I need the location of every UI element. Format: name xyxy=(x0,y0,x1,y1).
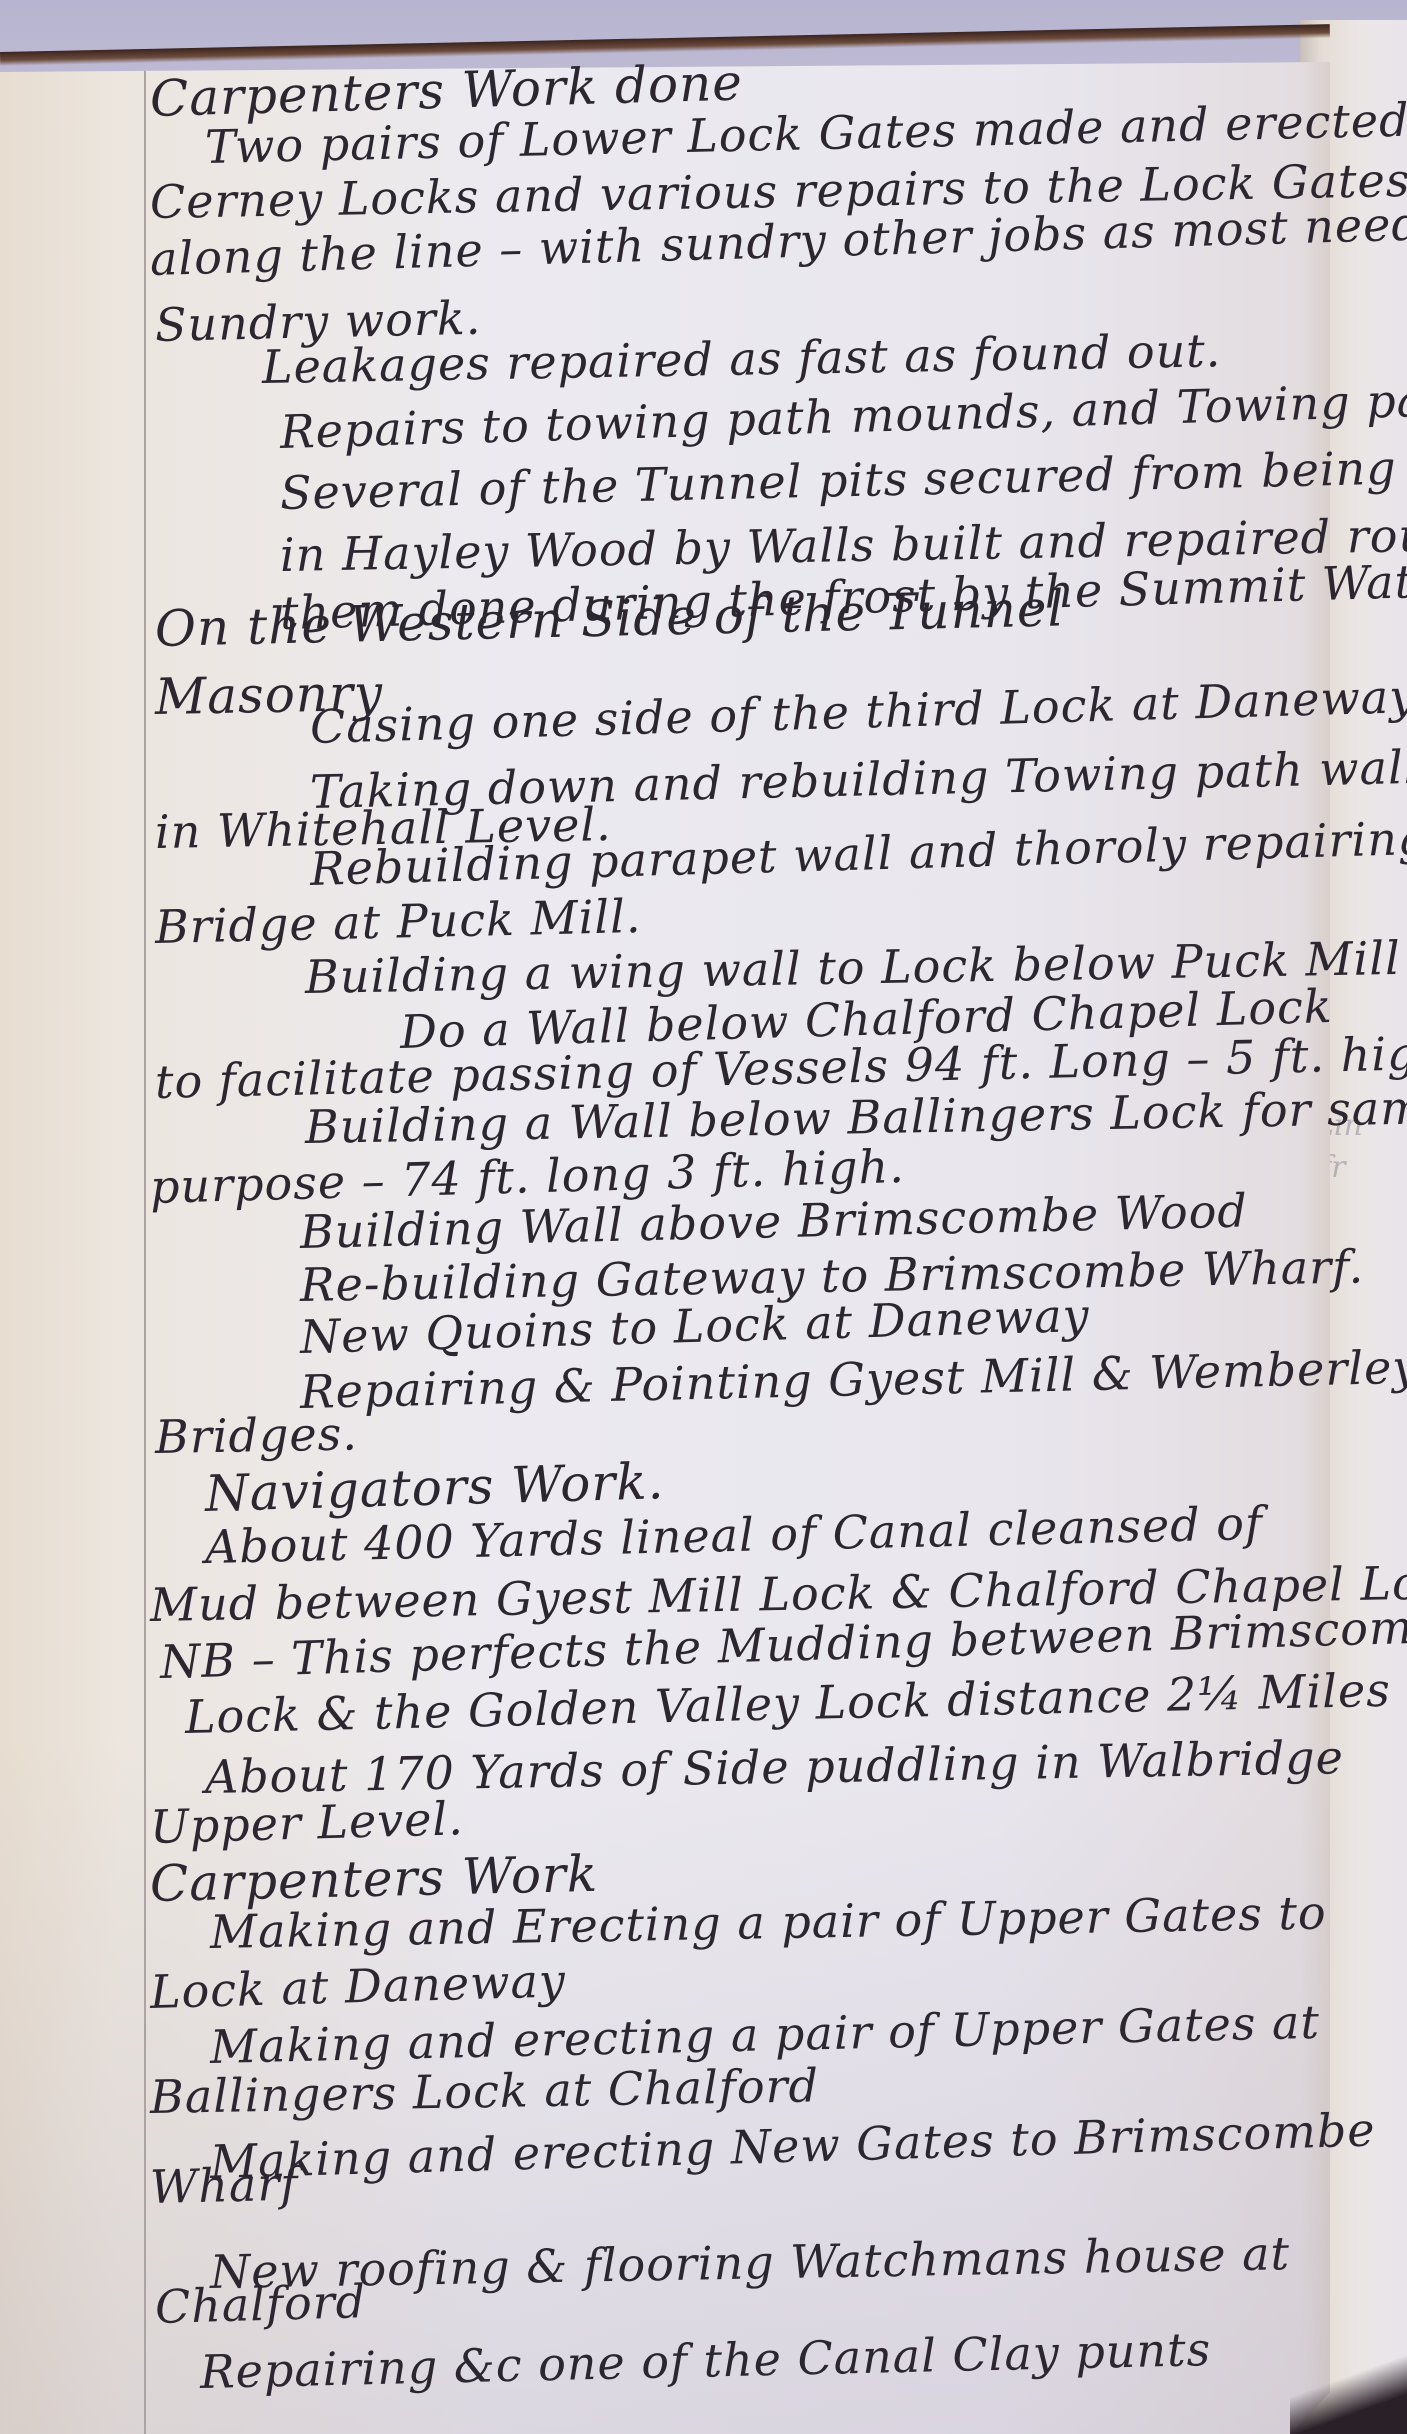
binding-shadow xyxy=(1290,2344,1407,2434)
margin-rule xyxy=(144,62,146,2434)
text-line: Bridges. xyxy=(155,1406,359,1464)
text-line: Wharf xyxy=(149,2157,299,2214)
scanned-ledger-photo: Lin fr Carpenters Work doneTwo pairs of … xyxy=(0,0,1407,2434)
text-line: Upper Level. xyxy=(149,1791,464,1854)
text-line: Bridge at Puck Mill. xyxy=(154,889,642,954)
text-line: Chalford xyxy=(154,2274,367,2334)
